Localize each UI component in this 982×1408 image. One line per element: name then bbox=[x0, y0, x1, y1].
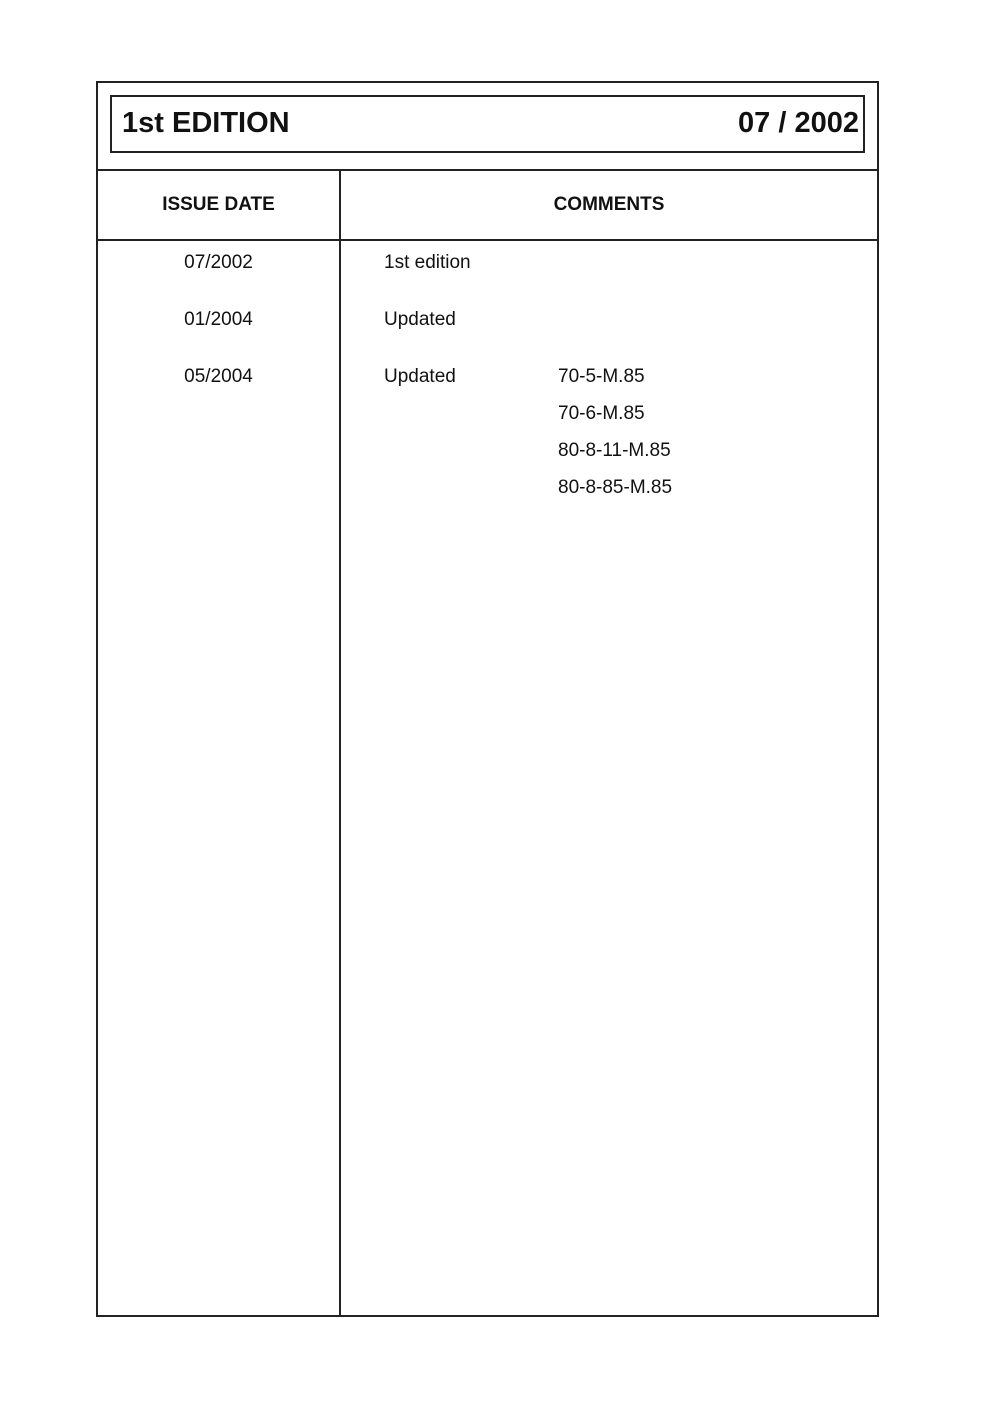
column-header-issue-date: ISSUE DATE bbox=[98, 171, 339, 239]
issue-date-cell: 01/2004 bbox=[98, 309, 339, 331]
comment-cell: Updated bbox=[384, 366, 456, 388]
issue-date-cell: 07/2002 bbox=[98, 252, 339, 274]
reference-item: 70-6-M.85 bbox=[558, 403, 672, 440]
reference-item: 80-8-85-M.85 bbox=[558, 477, 672, 514]
issue-date-cell: 05/2004 bbox=[98, 366, 339, 388]
column-divider bbox=[339, 169, 341, 1315]
reference-list: 70-5-M.85 70-6-M.85 80-8-11-M.85 80-8-85… bbox=[558, 366, 672, 514]
edition-date: 07 / 2002 bbox=[738, 107, 859, 140]
column-header-comments: COMMENTS bbox=[341, 171, 877, 239]
divider bbox=[98, 239, 877, 241]
reference-item: 80-8-11-M.85 bbox=[558, 440, 672, 477]
reference-item: 70-5-M.85 bbox=[558, 366, 672, 403]
comment-cell: 1st edition bbox=[384, 252, 471, 274]
revision-record-frame: 1st EDITION 07 / 2002 ISSUE DATE COMMENT… bbox=[96, 81, 879, 1317]
edition-title: 1st EDITION bbox=[122, 107, 290, 140]
title-box: 1st EDITION 07 / 2002 bbox=[110, 95, 865, 153]
comment-cell: Updated bbox=[384, 309, 456, 331]
